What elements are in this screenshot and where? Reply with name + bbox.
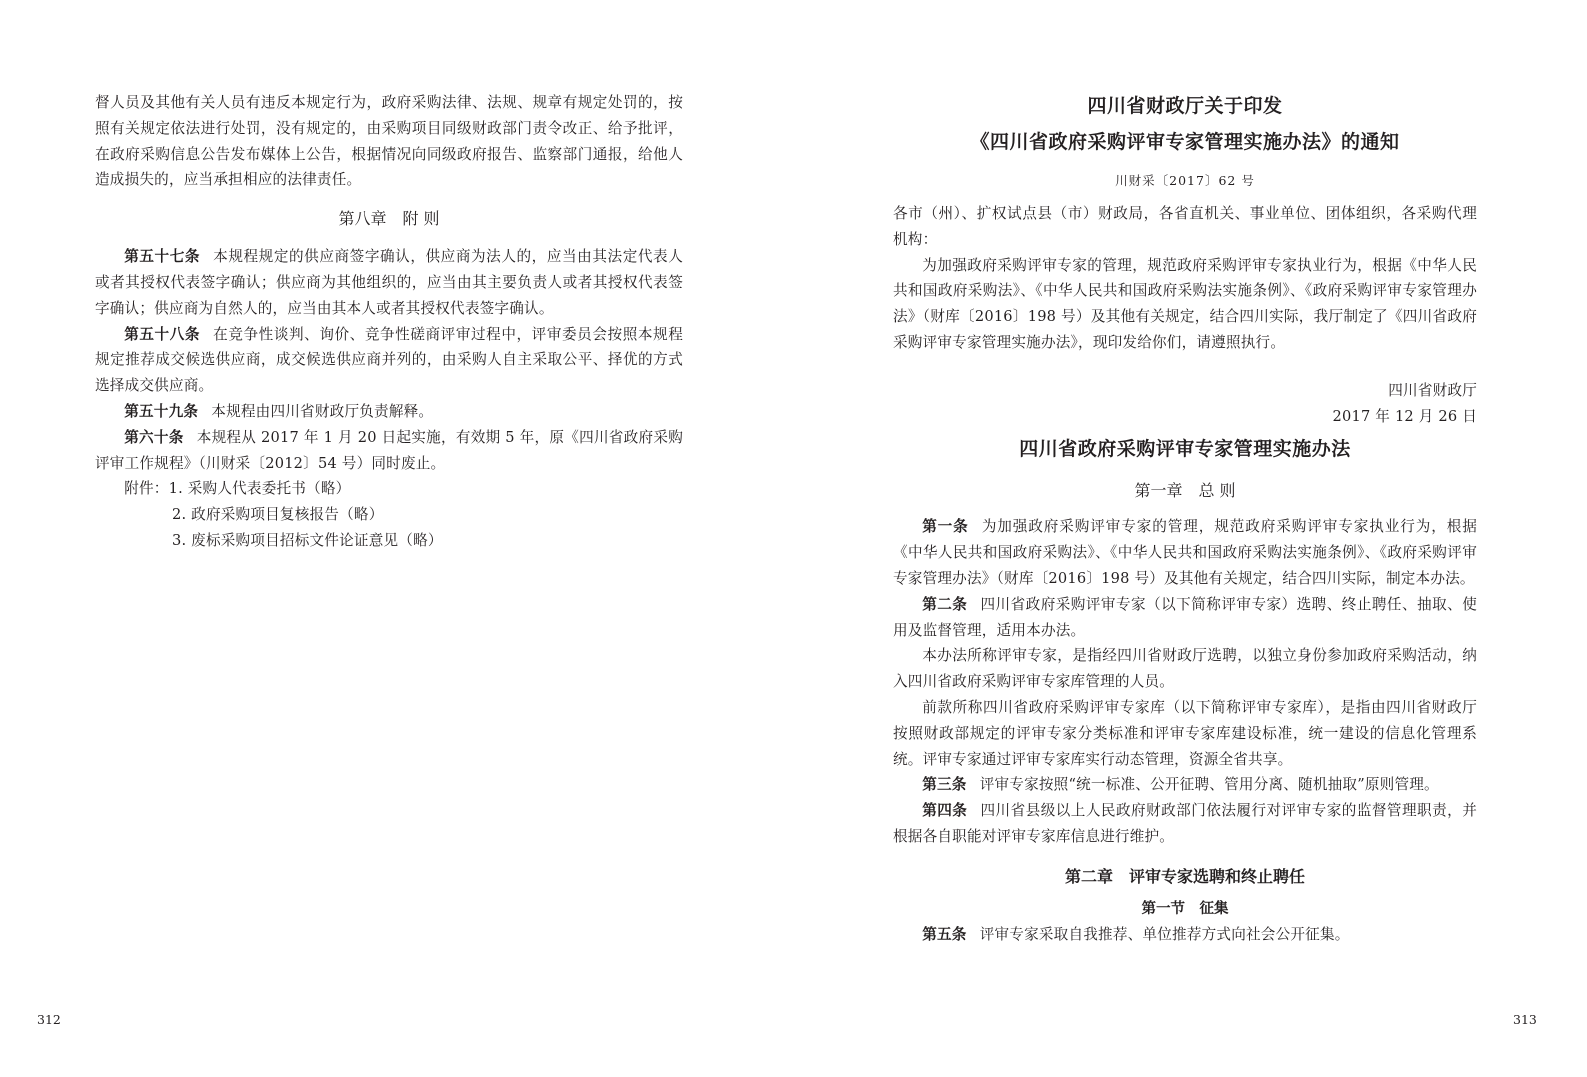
article-label: 第三条 xyxy=(922,776,966,793)
article-label: 第二条 xyxy=(922,596,967,613)
notice-title-line2: 《四川省政府采购评审专家管理实施办法》的通知 xyxy=(893,126,1477,159)
issue-date: 2017 年 12 月 26 日 xyxy=(893,404,1477,430)
article-2-para-2: 本办法所称评审专家，是指经四川省财政厅选聘，以独立身份参加政府采购活动，纳入四川… xyxy=(893,643,1477,695)
section-one-title: 第一节 征集 xyxy=(893,896,1477,922)
article-4: 第四条四川省县级以上人民政府财政部门依法履行对评审专家的监督管理职责，并根据各自… xyxy=(893,798,1477,850)
article-text: 评审专家采取自我推荐、单位推荐方式向社会公开征集。 xyxy=(980,926,1350,943)
addressees: 各市（州）、扩权试点县（市）财政局，各省直机关、事业单位、团体组织，各采购代理机… xyxy=(893,201,1477,253)
article-58: 第五十八条在竞争性谈判、询价、竞争性磋商评审过程中，评审委员会按照本规程规定推荐… xyxy=(95,322,683,399)
chapter-eight-title: 第八章 附 则 xyxy=(95,206,683,232)
chapter-two-title: 第二章 评审专家选聘和终止聘任 xyxy=(893,864,1477,890)
continuation-paragraph: 督人员及其他有关人员有违反本规定行为，政府采购法律、法规、规章有规定处罚的，按照… xyxy=(95,90,683,193)
issuer: 四川省财政厅 xyxy=(893,378,1477,404)
article-label: 第六十条 xyxy=(124,429,183,446)
article-57: 第五十七条本规程规定的供应商签字确认，供应商为法人的，应当由其法定代表人或者其授… xyxy=(95,244,683,321)
article-label: 第五十九条 xyxy=(124,403,198,420)
attachment-item: 3. 废标采购项目招标文件论证意见（略） xyxy=(95,528,683,554)
left-page: 督人员及其他有关人员有违反本规定行为，政府采购法律、法规、规章有规定处罚的，按照… xyxy=(0,0,790,1077)
article-text: 四川省政府采购评审专家（以下简称评审专家）选聘、终止聘任、抽取、使用及监督管理，… xyxy=(893,596,1477,639)
article-3: 第三条评审专家按照“统一标准、公开征聘、管用分离、随机抽取”原则管理。 xyxy=(893,772,1477,798)
article-label: 第五十八条 xyxy=(124,326,200,343)
page-number-left: 312 xyxy=(37,1012,61,1027)
article-label: 第四条 xyxy=(922,802,967,819)
article-59: 第五十九条本规程由四川省财政厅负责解释。 xyxy=(95,399,683,425)
attachment-item: 1. 采购人代表委托书（略） xyxy=(169,480,351,497)
measures-title: 四川省政府采购评审专家管理实施办法 xyxy=(893,433,1477,466)
right-page: 四川省财政厅关于印发 《四川省政府采购评审专家管理实施办法》的通知 川财采〔20… xyxy=(790,0,1587,1077)
article-label: 第一条 xyxy=(922,518,969,535)
left-page-body: 督人员及其他有关人员有违反本规定行为，政府采购法律、法规、规章有规定处罚的，按照… xyxy=(95,90,683,554)
article-1: 第一条为加强政府采购评审专家的管理，规范政府采购评审专家执业行为，根据《中华人民… xyxy=(893,514,1477,591)
article-5: 第五条评审专家采取自我推荐、单位推荐方式向社会公开征集。 xyxy=(893,922,1477,948)
article-2: 第二条四川省政府采购评审专家（以下简称评审专家）选聘、终止聘任、抽取、使用及监督… xyxy=(893,592,1477,644)
attachment-item: 2. 政府采购项目复核报告（略） xyxy=(95,502,683,528)
article-text: 为加强政府采购评审专家的管理，规范政府采购评审专家执业行为，根据《中华人民共和国… xyxy=(893,518,1477,587)
attachments-list: 附件：1. 采购人代表委托书（略） xyxy=(95,476,683,502)
article-2-para-3: 前款所称四川省政府采购评审专家库（以下简称评审专家库），是指由四川省财政厅按照财… xyxy=(893,695,1477,772)
notice-title-line1: 四川省财政厅关于印发 xyxy=(893,90,1477,123)
article-label: 第五条 xyxy=(922,926,966,943)
article-text: 四川省县级以上人民政府财政部门依法履行对评审专家的监督管理职责，并根据各自职能对… xyxy=(893,802,1477,845)
document-number: 川财采〔2017〕62 号 xyxy=(893,169,1477,193)
notice-body: 为加强政府采购评审专家的管理，规范政府采购评审专家执业行为，根据《中华人民共和国… xyxy=(893,253,1477,356)
article-label: 第五十七条 xyxy=(124,248,200,265)
article-60: 第六十条本规程从 2017 年 1 月 20 日起实施，有效期 5 年，原《四川… xyxy=(95,425,683,477)
page-number-right: 313 xyxy=(1513,1012,1537,1027)
article-text: 本规程由四川省财政厅负责解释。 xyxy=(211,403,433,420)
chapter-one-title: 第一章 总 则 xyxy=(893,478,1477,504)
attachments-label: 附件： xyxy=(124,480,168,497)
article-text: 评审专家按照“统一标准、公开征聘、管用分离、随机抽取”原则管理。 xyxy=(980,776,1439,793)
right-page-body: 四川省财政厅关于印发 《四川省政府采购评审专家管理实施办法》的通知 川财采〔20… xyxy=(893,90,1477,948)
